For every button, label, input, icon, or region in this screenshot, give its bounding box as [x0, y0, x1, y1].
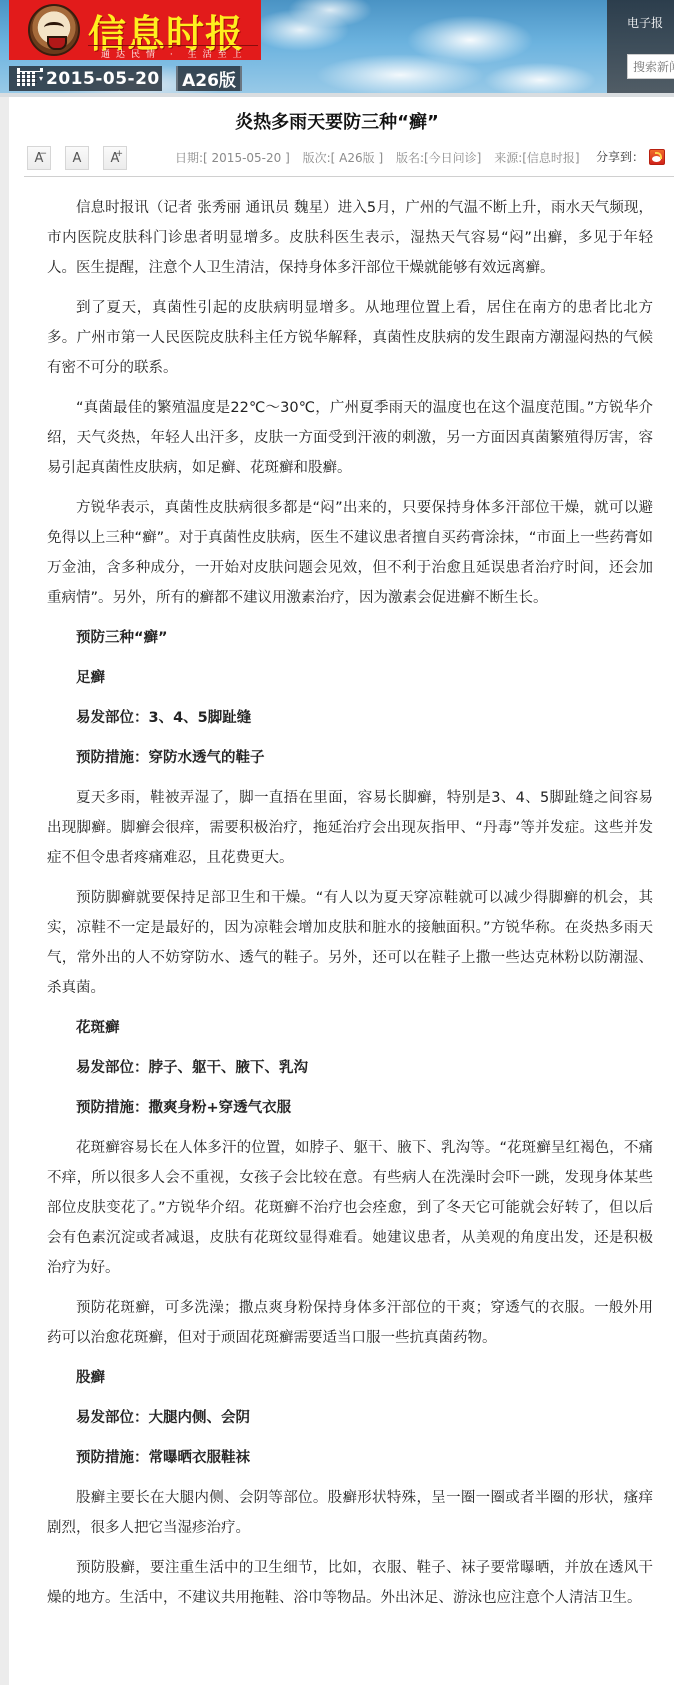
article-paragraph: 花斑癣容易长在人体多汗的位置，如脖子、躯干、腋下、乳沟等。“花斑癣呈红褐色，不痛… [47, 1133, 653, 1283]
lion-mascot-icon [28, 4, 80, 56]
issue-date: 2015-05-20 [46, 69, 160, 89]
article-paragraph: 股癣主要长在大腿内侧、会阴等部位。股癣形状特殊，呈一圈一圈或者半圈的形状，瘙痒剧… [47, 1483, 653, 1543]
article-meta: 日期:[ 2015-05-20 ] 版次:[ A26版 ] 版名:[今日问诊] … [175, 149, 589, 166]
section-heading: 预防措施：穿防水透气的鞋子 [47, 743, 653, 773]
share-label: 分享到： [596, 148, 644, 165]
article-paragraph: 预防花斑癣，可多洗澡；撒点爽身粉保持身体多汗部位的干爽；穿透气的衣服。一般外用药… [47, 1293, 653, 1353]
share-bar: 分享到： [596, 148, 665, 165]
article-paragraph: 信息时报讯（记者 张秀丽 通讯员 魏星）进入5月，广州的气温不断上升，雨水天气频… [47, 193, 653, 283]
site-logo[interactable]: 信息时报 通达民情 · 生活至上 [9, 0, 261, 60]
header-bottom-border [0, 93, 674, 97]
section-heading: 预防措施：常曝晒衣服鞋袜 [47, 1443, 653, 1473]
article-paragraph: 预防股癣，要注重生活中的卫生细节，比如，衣服、鞋子、袜子要常曝晒，并放在透风干燥… [47, 1553, 653, 1613]
meta-divider [24, 176, 674, 177]
article-paragraph: 预防脚癣就要保持足部卫生和干燥。“有人以为夏天穿凉鞋就可以减少得脚癣的机会，其实… [47, 883, 653, 1003]
epaper-link[interactable]: 电子报 [627, 14, 663, 31]
calendar-icon [17, 71, 37, 86]
font-increase-button[interactable]: A+ [103, 146, 127, 170]
article-body: 信息时报讯（记者 张秀丽 通讯员 魏星）进入5月，广州的气温不断上升，雨水天气频… [47, 193, 653, 1623]
section-heading: 花斑癣 [47, 1013, 653, 1043]
logo-slogan: 通达民情 · 生活至上 [101, 47, 248, 60]
site-header: 信息时报 通达民情 · 生活至上 ▾ 2015-05-20 A26版 电子报 [0, 0, 674, 97]
article-title: 炎热多雨天要防三种“癣” [0, 108, 674, 134]
article-paragraph: 夏天多雨，鞋被弄湿了，脚一直捂在里面，容易长脚癣，特别是3、4、5脚趾缝之间容易… [47, 783, 653, 873]
edition-selector[interactable]: A26版 [176, 66, 242, 91]
meta-source: 来源:[信息时报] [494, 151, 579, 165]
font-size-controls: A− A A+ [27, 146, 127, 170]
section-heading: 股癣 [47, 1363, 653, 1393]
section-heading: 足癣 [47, 663, 653, 693]
font-decrease-button[interactable]: A− [27, 146, 51, 170]
article-paragraph: “真菌最佳的繁殖温度是22℃～30℃，广州夏季雨天的温度也在这个温度范围。”方锐… [47, 393, 653, 483]
section-heading: 易发部位：脖子、躯干、腋下、乳沟 [47, 1053, 653, 1083]
left-gutter [0, 97, 9, 1685]
meta-edition: 版次:[ A26版 ] [303, 151, 384, 165]
section-heading: 易发部位：3、4、5脚趾缝 [47, 703, 653, 733]
font-normal-button[interactable]: A [65, 146, 89, 170]
logo-divider [88, 45, 258, 46]
weibo-icon[interactable] [649, 149, 665, 165]
section-heading: 易发部位：大腿内侧、会阴 [47, 1403, 653, 1433]
article-paragraph: 方锐华表示，真菌性皮肤病很多都是“闷”出来的，只要保持身体多汗部位干燥，就可以避… [47, 493, 653, 613]
meta-date: 日期:[ 2015-05-20 ] [175, 151, 290, 165]
article-paragraph: 到了夏天，真菌性引起的皮肤病明显增多。从地理位置上看，居住在南方的患者比北方多。… [47, 293, 653, 383]
chevron-down-icon: ▾ [39, 74, 43, 83]
font-normal-label: A [73, 151, 82, 166]
section-heading: 预防措施：撒爽身粉+穿透气衣服 [47, 1093, 653, 1123]
section-heading: 预防三种“癣” [47, 623, 653, 653]
news-search-input[interactable] [627, 54, 674, 79]
issue-date-picker[interactable]: ▾ 2015-05-20 [9, 66, 162, 91]
meta-section: 版名:[今日问诊] [396, 151, 481, 165]
